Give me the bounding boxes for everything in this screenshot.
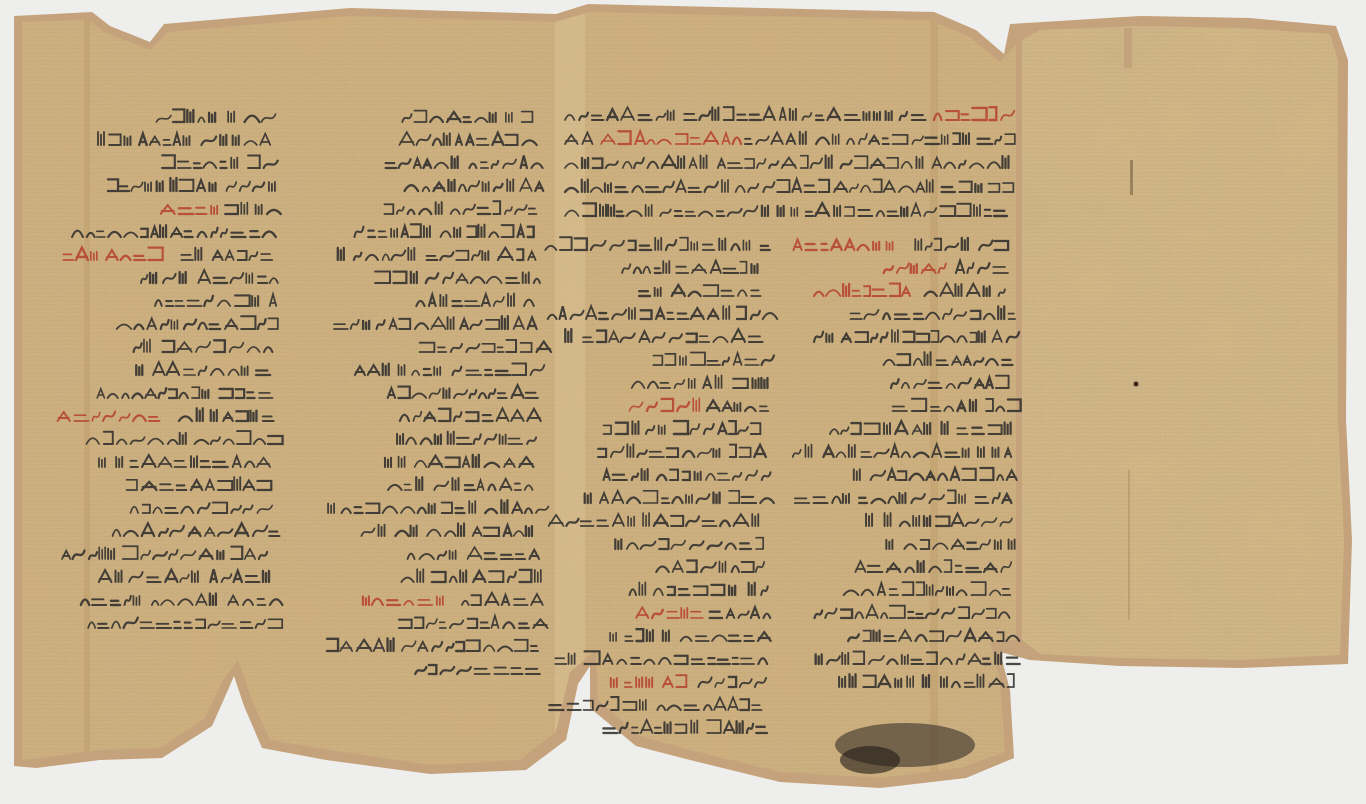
papyrus-blank-sheet: [1000, 0, 1366, 804]
papyrus-photo: [0, 0, 1366, 804]
